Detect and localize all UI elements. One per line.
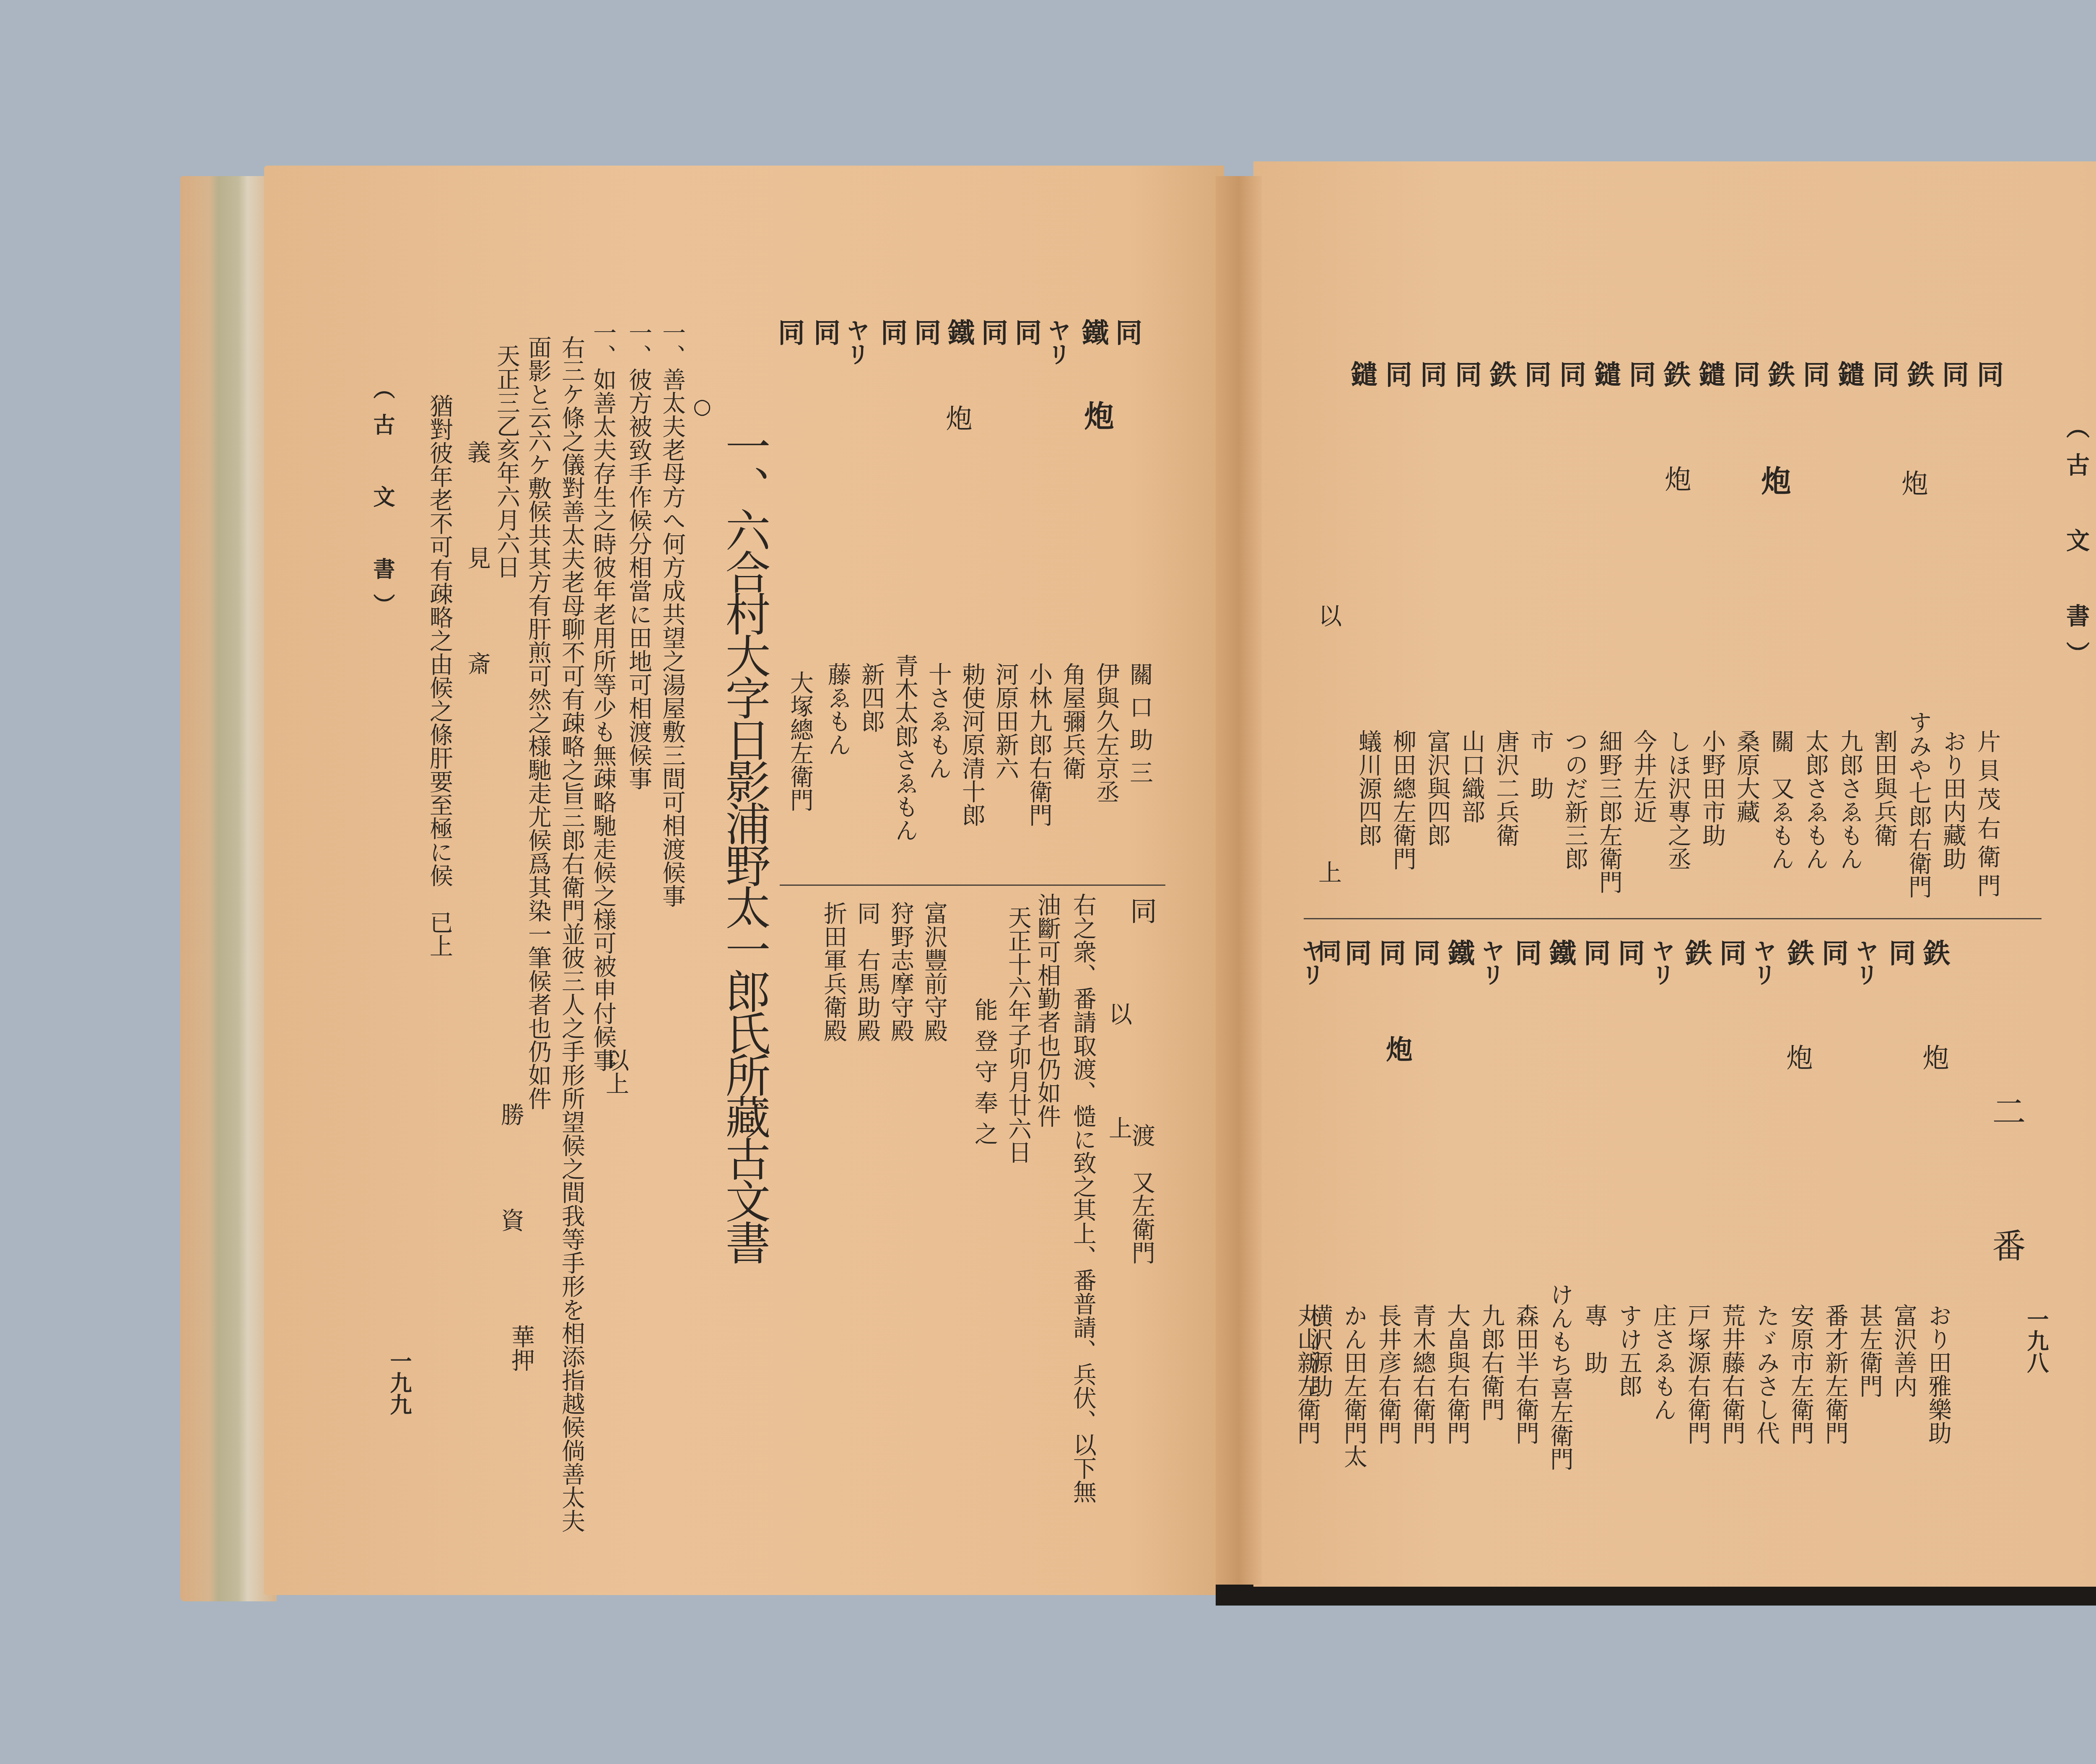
person-name: 關口助三 <box>1128 662 1151 793</box>
role: 鐵 <box>1547 939 1574 966</box>
role: ヤリ <box>845 319 868 366</box>
role: 同 <box>1012 319 1039 345</box>
weapon-label: 炮 <box>1383 1035 1410 1062</box>
running-header-left: （古 文 書） <box>371 377 393 630</box>
person-name: 山口織部 <box>1460 729 1483 823</box>
doc-item: 一、如善太夫存生之時彼年老用所等少も無疎略馳走候之様可被申付候事 <box>591 321 615 1072</box>
running-header-right: （古 文 書） <box>2065 415 2088 679</box>
person-name: 細野三郎左衛門 <box>1597 729 1621 894</box>
person-name: 河原田新六 <box>994 662 1017 780</box>
role: 鉄 <box>1766 361 1792 387</box>
doc-postscript: 猶對彼年老不可有疎略之由候之條肝要至極に候 已上 <box>428 394 451 957</box>
order-date: 天正十六年子卯月廿六日 <box>1006 905 1030 1164</box>
role: 同 <box>1377 939 1403 966</box>
closing-mark: 以 上 <box>1316 604 1340 988</box>
addressee: 折田軍兵衛殿 <box>822 901 845 1042</box>
doc-sender: 義 見 斎 <box>465 440 489 704</box>
closing-mark: 以 上 <box>1107 1002 1130 1173</box>
person-name: 小野田市助 <box>1700 729 1724 847</box>
section-divider <box>1304 918 2042 919</box>
role: 同 <box>1800 361 1827 387</box>
role: 鉄 <box>1905 361 1932 387</box>
person-name: 今井左近 <box>1632 729 1655 823</box>
addressee: 富沢豐前守殿 <box>922 901 946 1042</box>
role: 鉄 <box>1921 939 1948 966</box>
addressee: 狩野志摩守殿 <box>889 901 912 1042</box>
person-name: 小林九郎右衛門 <box>1027 662 1051 827</box>
book-spine-gutter <box>1216 176 1262 1585</box>
doc-date: 天正三乙亥年六月六日 <box>495 344 518 578</box>
book-cover-edge <box>180 176 277 1601</box>
person-name: 角屋彌兵衛 <box>1061 662 1084 780</box>
role: 鑓 <box>1835 361 1862 387</box>
role: 同 <box>1616 939 1642 966</box>
role: 同 <box>878 319 905 345</box>
person-name: 長井彦右衛門 <box>1376 1304 1400 1445</box>
person-name: 青木總右衛門 <box>1411 1304 1434 1445</box>
role: 同 <box>1717 939 1744 966</box>
role: 同 <box>1411 939 1438 966</box>
role: 鉄 <box>1683 939 1709 966</box>
role: 鑓 <box>1348 361 1375 387</box>
role: 同 <box>979 319 1006 345</box>
person-name: 專 助 <box>1582 1304 1606 1374</box>
role: ヤリ <box>1650 939 1673 986</box>
person-name: 藤ゑもん <box>826 662 849 756</box>
person-name: 蟻川源四郎 <box>1357 729 1380 847</box>
person-name: おり田内藏助 <box>1941 729 1964 870</box>
weapon-label: 炮 <box>943 405 970 431</box>
person-name: 富沢善内 <box>1892 1304 1915 1398</box>
role: ヤリ <box>1046 319 1069 366</box>
role: ヤリ <box>1480 939 1503 986</box>
person-name: すけ五郎 <box>1617 1304 1640 1398</box>
item-closing: 以上 <box>604 1048 627 1095</box>
person-name: 大塚總左衛門 <box>788 671 812 812</box>
role: 同 <box>1819 939 1846 966</box>
person-name: 割田與兵衛 <box>1872 729 1896 847</box>
person-name: すみや七郎右衛門 <box>1907 711 1930 898</box>
section-heading: 二 番 <box>1989 1094 2023 1295</box>
role: 鐵 <box>1079 319 1106 345</box>
person-name: 柳田總左衛門 <box>1391 729 1414 870</box>
role: ヤリ <box>1751 939 1775 986</box>
person-name: 伊與久左京丞 <box>1094 662 1118 803</box>
role: 同 <box>912 319 939 345</box>
order-text-line: 右之衆、番請取渡、慥に致之其上、番普請、兵伏、以下無 <box>1071 893 1095 1503</box>
person-name: つのだ新三郎 <box>1563 729 1586 870</box>
page-number-right: 一九八 <box>2025 1308 2047 1373</box>
weapon-label: 炮 <box>1899 470 1926 496</box>
weapon-label: 炮 <box>1784 1044 1811 1071</box>
role: 同 <box>1418 361 1445 387</box>
role: 同 <box>1940 361 1966 387</box>
role: ヤリ <box>1854 939 1877 986</box>
person-name: 勅使河原清十郎 <box>960 662 983 827</box>
person-name: 關 又ゑもん <box>1769 729 1792 870</box>
role: 鑓 <box>1592 361 1619 387</box>
person-name: 丸山新左衛門 <box>1295 1304 1319 1445</box>
person-name: 安原市左衛門 <box>1789 1304 1812 1445</box>
doc-recipient: 勝 資 <box>499 1102 522 1261</box>
person-name: 太郎さゑもん <box>1803 729 1827 870</box>
weapon-label: 炮 <box>1662 465 1689 492</box>
person-name: 唐沢二兵衛 <box>1494 729 1518 847</box>
doc-paragraph: 面影と云六ケ敷候共其方有肝煎可然之様馳走尤候爲其染一筆候者也仍如件 <box>526 335 550 1110</box>
person-name: しほ沢專之丞 <box>1666 729 1689 870</box>
person-name: けんもち喜左衛門 <box>1548 1283 1572 1471</box>
role: 同 <box>1453 361 1479 387</box>
order-text-line: 油斷可相勤者也仍如件 <box>1035 893 1059 1128</box>
role: 同 <box>1731 361 1758 387</box>
person-name: 甚左衛門 <box>1857 1304 1881 1398</box>
role: 同 <box>811 319 838 345</box>
circle-mark: ○ <box>692 394 713 418</box>
role: 鉄 <box>1661 361 1688 387</box>
seal-mark: 華押 <box>509 1325 533 1372</box>
role: 同 <box>1557 361 1584 387</box>
person-name: 富沢與四郎 <box>1425 729 1449 847</box>
person-name: 新四郎 <box>859 662 883 733</box>
doc-item: 一、彼方被致手作候分相當に田地可相渡候事 <box>627 321 650 790</box>
role: 同 <box>1581 939 1608 966</box>
person-name: 荒井藤右衛門 <box>1720 1304 1743 1445</box>
person-name: 青木太郎さゑもん <box>893 654 916 842</box>
role: 鐵 <box>945 319 972 345</box>
section-divider <box>780 885 1165 886</box>
person-name: たゞみさし代 <box>1754 1304 1778 1445</box>
role: 同 <box>1886 939 1913 966</box>
order-issuer: 能登守奉之 <box>973 998 996 1153</box>
person-name: 渡 又左衛門 <box>1130 1123 1153 1264</box>
role: 鉄 <box>1785 939 1812 966</box>
person-name: 森田半右衛門 <box>1514 1304 1537 1445</box>
person-name: 戸塚源右衛門 <box>1686 1304 1709 1445</box>
person-name: 十さゑもん <box>926 662 950 780</box>
section-title: 一、六合村大字日影浦野太一郎氏所藏古文書 <box>721 423 766 1262</box>
person-name: 九郎さゑもん <box>1838 729 1861 870</box>
person-name: 片貝茂右衛門 <box>1975 729 1999 897</box>
weapon-label: 炮 <box>1920 1044 1947 1071</box>
role: 同 <box>1512 939 1539 966</box>
weapon-label: 炮 <box>1082 400 1112 431</box>
person-name: かん田左衛門太 <box>1342 1304 1365 1468</box>
person-name: 番才新左衛門 <box>1823 1304 1847 1445</box>
person-name: 市 助 <box>1528 729 1552 800</box>
role: 同 <box>1383 361 1410 387</box>
person-name: 庄さゑもん <box>1651 1304 1675 1421</box>
doc-item: 一、善太夫老母方へ何方成共望之湯屋敷三間可相渡候事 <box>660 321 684 908</box>
weapon-label: 炮 <box>1759 465 1789 495</box>
role: 同 <box>776 319 802 345</box>
role: 同 <box>1342 939 1369 966</box>
role: 鉄 <box>1487 361 1514 387</box>
person-name: 桑原大藏 <box>1735 729 1758 823</box>
role: 同 <box>1128 897 1154 924</box>
page-number-left: 一九九 <box>388 1350 410 1415</box>
role: 鑓 <box>1696 361 1723 387</box>
person-name: 九郎右衛門 <box>1479 1304 1503 1421</box>
role: ヤリ <box>1300 939 1323 986</box>
role: 鐵 <box>1445 939 1472 966</box>
person-name: おり田雅樂助 <box>1926 1304 1950 1445</box>
person-name: 大畠與右衛門 <box>1445 1304 1468 1445</box>
role: 同 <box>1113 319 1140 345</box>
role: 同 <box>1870 361 1897 387</box>
addressee: 同 右馬助殿 <box>855 901 879 1042</box>
role: 同 <box>1974 361 2001 387</box>
doc-paragraph: 右三ケ條之儀對善太夫老母聊不可有疎略之旨三郎右衛門並彼三人之手形所望候之間我等手… <box>560 335 583 1533</box>
role: 同 <box>1626 361 1653 387</box>
role: 同 <box>1522 361 1549 387</box>
